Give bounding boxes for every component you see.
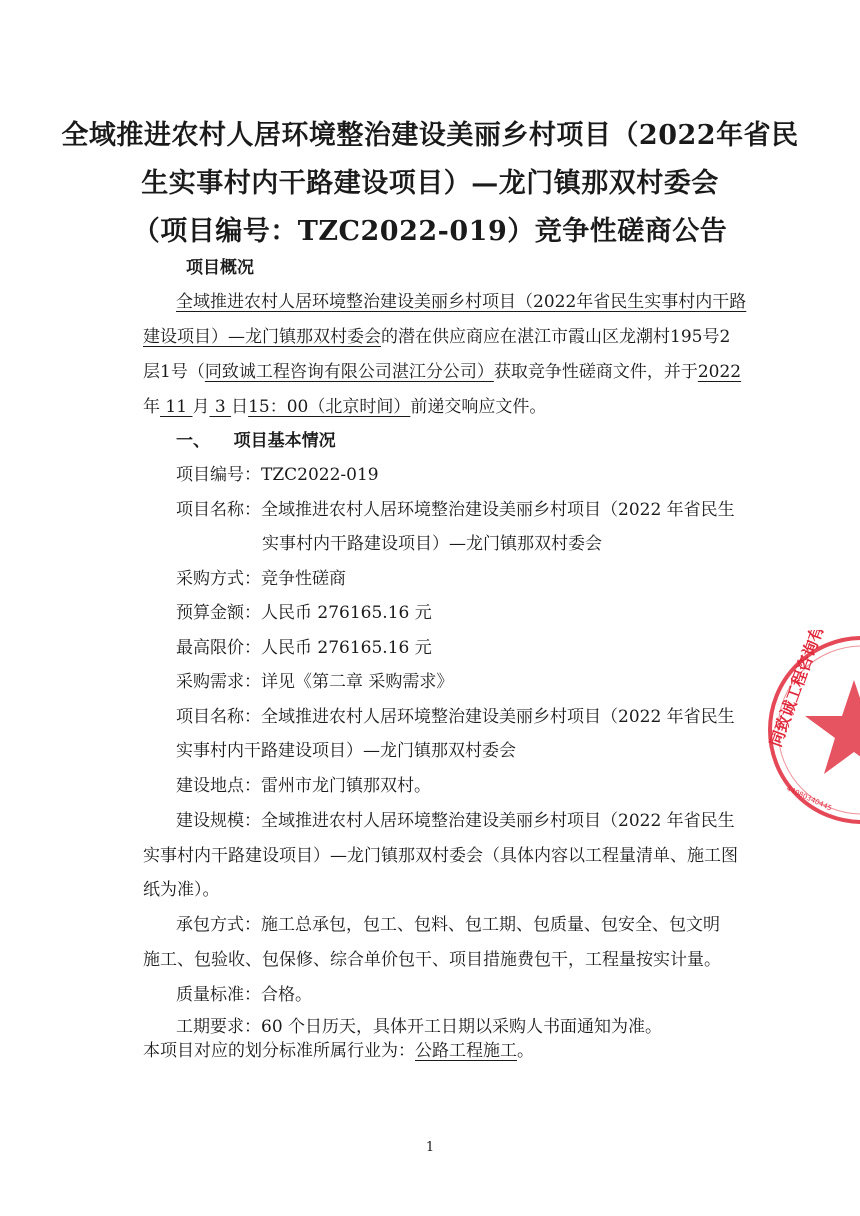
overview-line-2: 建设项目）—龙门镇那双村委会的潜在供应商应在湛江市霞山区龙潮村195号2 bbox=[143, 324, 730, 350]
field-procurement-method: 采购方式：竞争性磋商 bbox=[176, 566, 346, 592]
title-line-3: （项目编号：TZC2022-019）竞争性磋商公告 bbox=[0, 212, 860, 252]
contract-line-2: 施工、包验收、包保修、综合单价包干、项目措施费包干，工程量按实计量。 bbox=[143, 947, 721, 973]
overview-heading: 项目概况 bbox=[186, 255, 254, 281]
industry-classification: 本项目对应的划分标准所属行业为：公路工程施工。 bbox=[143, 1038, 534, 1064]
company-seal-stamp: 同致诚工程咨询有 44080340445 bbox=[762, 630, 860, 830]
field-project-name-2-cont: 实事村内干路建设项目）—龙门镇那双村委会 bbox=[176, 738, 516, 764]
title-line-2: 生实事村内干路建设项目）—龙门镇那双村委会 bbox=[0, 164, 860, 204]
section-heading: 一、 项目基本情况 bbox=[176, 428, 336, 454]
scale-line-1: 建设规模：全域推进农村人居环境整治建设美丽乡村项目（2022 年省民生 bbox=[176, 808, 735, 834]
overview-line-4: 年 11 月 3 日15：00（北京时间）前递交响应文件。 bbox=[143, 394, 546, 420]
field-project-name-cont: 实事村内干路建设项目）—龙门镇那双村委会 bbox=[262, 531, 602, 557]
construction-period: 工期要求：60 个日历天，具体开工日期以采购人书面通知为准。 bbox=[176, 1014, 662, 1040]
seal-icon: 同致诚工程咨询有 44080340445 bbox=[762, 630, 860, 830]
field-budget: 预算金额：人民币 276165.16 元 bbox=[176, 600, 432, 626]
field-max-price: 最高限价：人民币 276165.16 元 bbox=[176, 635, 432, 661]
overview-line-1: 全域推进农村人居环境整治建设美丽乡村项目（2022年省民生实事村内干路 bbox=[176, 289, 746, 315]
quality-standard: 质量标准：合格。 bbox=[176, 982, 312, 1008]
scale-line-2: 实事村内干路建设项目）—龙门镇那双村委会（具体内容以工程量清单、施工图 bbox=[143, 843, 738, 869]
contract-line-1: 承包方式：施工总承包，包工、包料、包工期、包质量、包安全、包文明 bbox=[176, 912, 720, 938]
scale-line-3: 纸为准）。 bbox=[143, 877, 220, 903]
title-line-1: 全域推进农村人居环境整治建设美丽乡村项目（2022年省民 bbox=[0, 116, 860, 156]
field-requirements: 采购需求：详见《第二章 采购需求》 bbox=[176, 669, 453, 695]
field-project-name-2: 项目名称：全域推进农村人居环境整治建设美丽乡村项目（2022 年省民生 bbox=[176, 704, 735, 730]
field-location: 建设地点：雷州市龙门镇那双村。 bbox=[176, 773, 431, 799]
svg-text:44080340445: 44080340445 bbox=[785, 785, 833, 813]
field-project-name: 项目名称：全域推进农村人居环境整治建设美丽乡村项目（2022 年省民生 bbox=[176, 497, 735, 523]
svg-text:同致诚工程咨询有: 同致诚工程咨询有 bbox=[766, 630, 828, 749]
page-number: 1 bbox=[0, 1140, 860, 1155]
overview-line-3: 层1号（同致诚工程咨询有限公司湛江分公司）获取竞争性磋商文件，并于2022 bbox=[143, 359, 741, 385]
field-project-number: 项目编号：TZC2022-019 bbox=[176, 462, 379, 488]
